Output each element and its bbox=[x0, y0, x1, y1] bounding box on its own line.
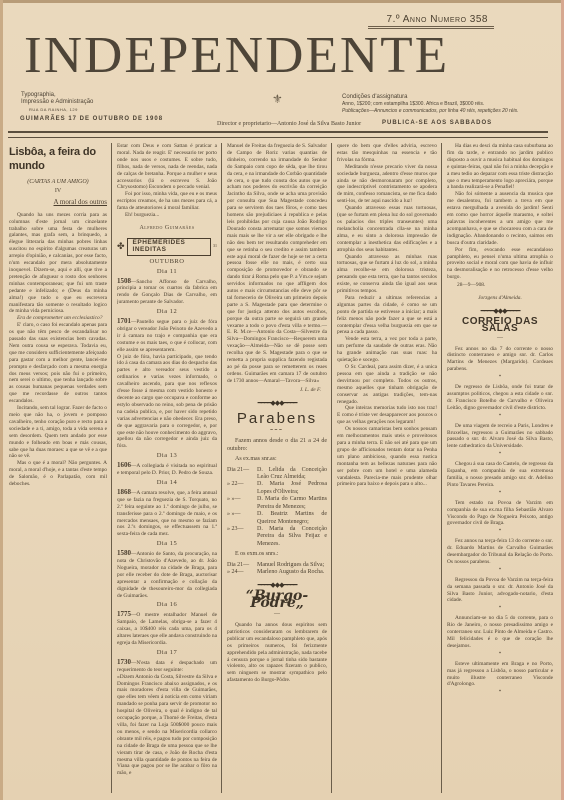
social-news-item: Chegou á sua casa do Castelo, de regress… bbox=[447, 461, 553, 489]
article-paragraph: Não foi sómente a ausencia da musica que… bbox=[447, 191, 553, 246]
conditions-title: Condições d'assignatura bbox=[342, 94, 518, 101]
day-heading: Dia 16 bbox=[117, 602, 217, 609]
column-divider bbox=[111, 143, 112, 793]
ephemeris-entry: 1868—A camara resolve, que, a feira annu… bbox=[117, 489, 217, 538]
page-edge-top bbox=[0, 0, 564, 3]
entry-year: 1730 bbox=[117, 658, 131, 666]
article-paragraph: quere do bem que d'elles adviria, escrev… bbox=[337, 143, 437, 164]
ornamental-divider: ━━━━◆◆◆━━━━ bbox=[227, 400, 327, 407]
day-heading: Dia 14 bbox=[117, 480, 217, 487]
social-news-item: De uma viagem de recreio a Paris, Londre… bbox=[447, 423, 553, 451]
entry-year: 1606 bbox=[117, 461, 131, 469]
birthdays-section: Fazem annos desde o dia 21 a 24 de outub… bbox=[227, 438, 327, 576]
salutation-gentlemen: E os exm.os snrs.: bbox=[227, 551, 327, 558]
birthday-name: D. Maria da Conceição Pereira da Silva F… bbox=[257, 526, 327, 548]
ephemeris-entry: O juiz de fóra, havia participado, que t… bbox=[117, 354, 217, 451]
article-headline: Lisbôa, a feira do mundo bbox=[9, 145, 107, 173]
article-paragraph: Quando atravesso as minhas ruas tortuosa… bbox=[337, 254, 437, 295]
article-paragraph: Ha dias eu desci da minha casa suburbana… bbox=[447, 143, 553, 191]
birthday-name: D. Maria José Pedrosa Lopes d'Oliveira; bbox=[257, 481, 327, 496]
ephemerides-list: Dia 111508—Sancho Affonso de Carvalho, p… bbox=[117, 269, 217, 778]
column-2: Estar com Deus e com Sattan é praticar a… bbox=[117, 143, 217, 795]
article-paragraph: O Sr. Cardeal, para assim dizer, é a uni… bbox=[337, 364, 437, 405]
conditions-prices: Anno, 1$200; com estampilha 1$300. Afric… bbox=[342, 101, 518, 108]
birthday-name: Manuel Rodrigues da Silva; bbox=[257, 562, 327, 569]
ephemerides-title: EPHEMERIDES INEDITAS bbox=[127, 238, 211, 256]
entry-year: 1508 bbox=[117, 277, 131, 285]
day-heading: Dia 17 bbox=[117, 650, 217, 657]
entry-text: —Antonio de Santo, da procuração, na not… bbox=[117, 551, 217, 598]
asterisk-separator-icon: * bbox=[447, 452, 553, 459]
article-paragraph: Incitando, sem tal lograr. Fazer de fact… bbox=[9, 405, 107, 460]
social-news-item: Fez annos no dia 7 do corrente o nosso d… bbox=[447, 346, 553, 374]
asterisk-separator-icon: * bbox=[447, 491, 553, 498]
article-paragraph: Manuel de Freitas da freguezia de S. Sal… bbox=[227, 143, 327, 385]
birthday-day: » »— bbox=[227, 496, 257, 511]
article-signature: Alfredo Guimarães bbox=[117, 225, 217, 232]
ephemeris-entry: 1508—Sancho Affonso de Carvalho, princip… bbox=[117, 278, 217, 307]
asterisk-separator-icon: * bbox=[447, 529, 553, 536]
entry-year: 1701 bbox=[117, 317, 131, 325]
birthdays-intro: Fazem annos desde o dia 21 a 24 de outub… bbox=[227, 438, 327, 453]
typography-line: Typographia, bbox=[21, 92, 93, 99]
entry-year: 1868 bbox=[117, 488, 131, 496]
birthday-day: » 22— bbox=[227, 481, 257, 496]
article-paragraph: Quando ha uns mezes corria para as colum… bbox=[9, 212, 107, 316]
birthday-list-gentlemen: Dia 21—Manuel Rodrigues da Silva;» 24—Ma… bbox=[227, 562, 327, 577]
article-paragraph: Os nossos camaristas bem sonhos pensam e… bbox=[337, 426, 437, 488]
asterisk-separator-icon: * bbox=[447, 375, 553, 382]
page-edge-left bbox=[0, 0, 3, 800]
ephemeris-entry: «Dizem Antonio da Costa, Silvestre da Si… bbox=[117, 674, 217, 778]
salutation-ladies: As ex.mas snr.as: bbox=[227, 456, 327, 463]
asterisk-separator-icon: * bbox=[447, 690, 553, 697]
ephemeris-entry: 1730—N'esta data é despachado um requeri… bbox=[117, 659, 217, 674]
column-3: Manuel de Freitas da freguezia de S. Sal… bbox=[227, 143, 327, 795]
entry-text: O juiz de fóra, havia participado, que t… bbox=[117, 354, 217, 450]
article-subtitle: (CARTAS A UM AMIGO) bbox=[9, 179, 107, 186]
social-news-item: Tem estado na Povoa de Varzim em companh… bbox=[447, 500, 553, 528]
birthday-row: » »—D. Beatriz Martins de Queiroz Monten… bbox=[227, 511, 327, 526]
ephemeris-entry: 1701—Pautello segue para o juiz de fóra … bbox=[117, 318, 217, 354]
asterisk-separator-icon: * bbox=[447, 606, 553, 613]
birthday-day: » 24— bbox=[227, 569, 257, 576]
article-paragraph: Para reduzir a ultimas referencias a alg… bbox=[337, 295, 437, 336]
title-underline: ━━━ bbox=[227, 427, 327, 434]
entry-text: —N'esta data é despachado um requeriment… bbox=[117, 660, 217, 673]
social-news-item: Regressou da Povoa de Varzim na terça-fe… bbox=[447, 577, 553, 605]
day-heading: Dia 12 bbox=[117, 309, 217, 316]
director-line: Director e proprietario—Antonio José da … bbox=[217, 121, 361, 127]
article-paragraph: Vende esta terra, a vez por toda a parte… bbox=[337, 336, 437, 364]
column-4: quere do bem que d'elles adviria, escrev… bbox=[337, 143, 437, 795]
article-paragraph: Que inteiras memorias tudo isto nos traz… bbox=[337, 405, 437, 426]
entry-text: —Pautello segue para o juiz de fóra obri… bbox=[117, 319, 217, 353]
article-paragraph: Meditando n'esse precario viver da nossa… bbox=[337, 164, 437, 205]
article-part-number: IV bbox=[9, 188, 107, 195]
column-5: Ha dias eu desci da minha casa suburbana… bbox=[447, 143, 553, 795]
dateline: GUIMARÃES 17 DE OUTUBRO DE 1908 bbox=[20, 116, 163, 122]
masthead-rule-thin bbox=[8, 137, 548, 138]
burgo-podre-title: “Burgo-Pôdre„ bbox=[227, 593, 327, 607]
month-heading: OUTUBRO bbox=[117, 259, 217, 266]
conditions-publications: Publicações—Annuncios e communicados, po… bbox=[342, 108, 518, 115]
entry-year: 1580 bbox=[117, 549, 131, 557]
birthday-row: » 23—D. Maria da Conceição Pereira da Si… bbox=[227, 526, 327, 548]
birthday-row: » 24—Marleno Augusto da Rocha. bbox=[227, 569, 327, 576]
article-date: 28—9—908. bbox=[447, 282, 553, 289]
column-1: Lisbôa, a feira do mundo (CARTAS A UM AM… bbox=[9, 143, 107, 795]
entry-text: «Dizem Antonio da Costa, Silvestre da Si… bbox=[117, 674, 217, 777]
birthday-list-ladies: Dia 21—D. Lelida da Conceição Leão Cruz … bbox=[227, 467, 327, 548]
birthday-row: Dia 21—D. Lelida da Conceição Leão Cruz … bbox=[227, 467, 327, 482]
typography-street: RUA DA RAINHA, 129 bbox=[21, 106, 93, 113]
article-paragraph: Mas o que é a moral? Não perguntes. A mo… bbox=[9, 460, 107, 488]
asterisk-separator-icon: * bbox=[447, 414, 553, 421]
article-paragraph: Quando ha annos dous espiritos sem patri… bbox=[227, 622, 327, 684]
article-paragraph: Quando atravesso essas ruas tortuosas, (… bbox=[337, 205, 437, 253]
issue-number: 7.º Anno Numero 358 bbox=[387, 14, 488, 25]
day-heading: Dia 13 bbox=[117, 453, 217, 460]
article-signature: Jorzgens d'Almeida. bbox=[447, 295, 553, 302]
subscription-conditions: Condições d'assignatura Anno, 1$200; com… bbox=[342, 94, 518, 115]
article-paragraph: Por fim, evocando esse escandaloso pamph… bbox=[447, 247, 553, 282]
birthday-name: Marleno Augusto da Rocha. bbox=[257, 569, 327, 576]
article-paragraph: Eh! burguezia... bbox=[117, 212, 217, 219]
ephemeris-entry: 1580—Antonio de Santo, da procuração, na… bbox=[117, 550, 217, 599]
column-divider bbox=[221, 143, 222, 793]
newspaper-title: INDEPENDENTE bbox=[24, 26, 495, 86]
birthday-day: Dia 21— bbox=[227, 467, 257, 482]
masthead-rule bbox=[8, 131, 548, 133]
fleur-ornament-icon: ✤ bbox=[117, 243, 125, 250]
social-news-item: Fez annos na terça-feira 13 do corrente … bbox=[447, 538, 553, 566]
social-news-item: De regresso de Lisbôa, onde foi tratar d… bbox=[447, 384, 553, 412]
entry-year: 1775 bbox=[117, 610, 131, 618]
ephemerides-number: 31 bbox=[213, 243, 217, 250]
article-signature: J. L. de F. bbox=[227, 387, 321, 394]
birthday-day: Dia 21— bbox=[227, 562, 257, 569]
entry-text: —A collegiada é visitada no espiritual e… bbox=[117, 463, 217, 476]
birthday-day: » 23— bbox=[227, 526, 257, 548]
ephemerides-header: ✤ EPHEMERIDES INEDITAS 31 bbox=[117, 238, 217, 256]
publication-day: PUBLICA-SE AOS SABBADOS bbox=[382, 120, 492, 126]
asterisk-separator-icon: * bbox=[447, 652, 553, 659]
typography-line: Impressão e Administração bbox=[21, 99, 93, 106]
newspaper-page: 7.º Anno Numero 358 INDEPENDENTE Typogra… bbox=[0, 0, 564, 800]
social-news-item: Esteve ultimamente em Braga e no Porto, … bbox=[447, 661, 553, 689]
birthday-day: » »— bbox=[227, 511, 257, 526]
fleur-ornament-icon: ⚜ bbox=[272, 92, 283, 107]
ephemeris-entry: 1606—A collegiada é visitada no espiritu… bbox=[117, 462, 217, 477]
article-paragraph: Foi por isso, minha vida, que eu e os me… bbox=[117, 191, 217, 212]
social-news-item: Annunciam-se no dia 5 do corrente, para … bbox=[447, 615, 553, 650]
typography-address: Typographia, Impressão e Administração R… bbox=[21, 92, 93, 113]
birthday-row: Dia 21—Manuel Rodrigues da Silva; bbox=[227, 562, 327, 569]
entry-text: —A camara resolve, que, a feira annual q… bbox=[117, 490, 217, 537]
ornamental-divider: ━━━━◆◆◆━━━━ bbox=[447, 308, 553, 315]
title-underline: — bbox=[447, 335, 553, 342]
day-heading: Dia 11 bbox=[117, 269, 217, 276]
entry-text: —Sancho Affonso de Carvalho, principia a… bbox=[117, 279, 217, 306]
article-section-title: A moral dos outros bbox=[9, 199, 107, 206]
day-heading: Dia 15 bbox=[117, 541, 217, 548]
ephemeris-entry: 1775—O mestre entalhador Manuel de Sampa… bbox=[117, 611, 217, 647]
birthday-name: D. Maria do Carmo Martins Pereira de Men… bbox=[257, 496, 327, 511]
birthday-name: D. Beatriz Martins de Queiroz Montenegro… bbox=[257, 511, 327, 526]
entry-text: —O mestre entalhador Manuel de Sampaio, … bbox=[117, 612, 217, 646]
article-paragraph: Estar com Deus e com Sattan é praticar a… bbox=[117, 143, 217, 191]
social-news-list: Fez annos no dia 7 do corrente o nosso d… bbox=[447, 346, 553, 698]
birthday-row: » 22—D. Maria José Pedrosa Lopes d'Olive… bbox=[227, 481, 327, 496]
column-divider bbox=[441, 143, 442, 793]
birthday-row: » »—D. Maria do Carmo Martins Pereira de… bbox=[227, 496, 327, 511]
birthday-name: D. Lelida da Conceição Leão Cruz Almeida… bbox=[257, 467, 327, 482]
column-divider bbox=[331, 143, 332, 793]
parabens-title: Parabens bbox=[227, 411, 327, 427]
article-paragraph: E' claro, o caso foi escandalo apenas pa… bbox=[9, 322, 107, 405]
asterisk-separator-icon: * bbox=[447, 568, 553, 575]
title-underline: — bbox=[227, 611, 327, 618]
correio-das-salas-title: CORREIO DAS SALAS bbox=[447, 319, 553, 333]
